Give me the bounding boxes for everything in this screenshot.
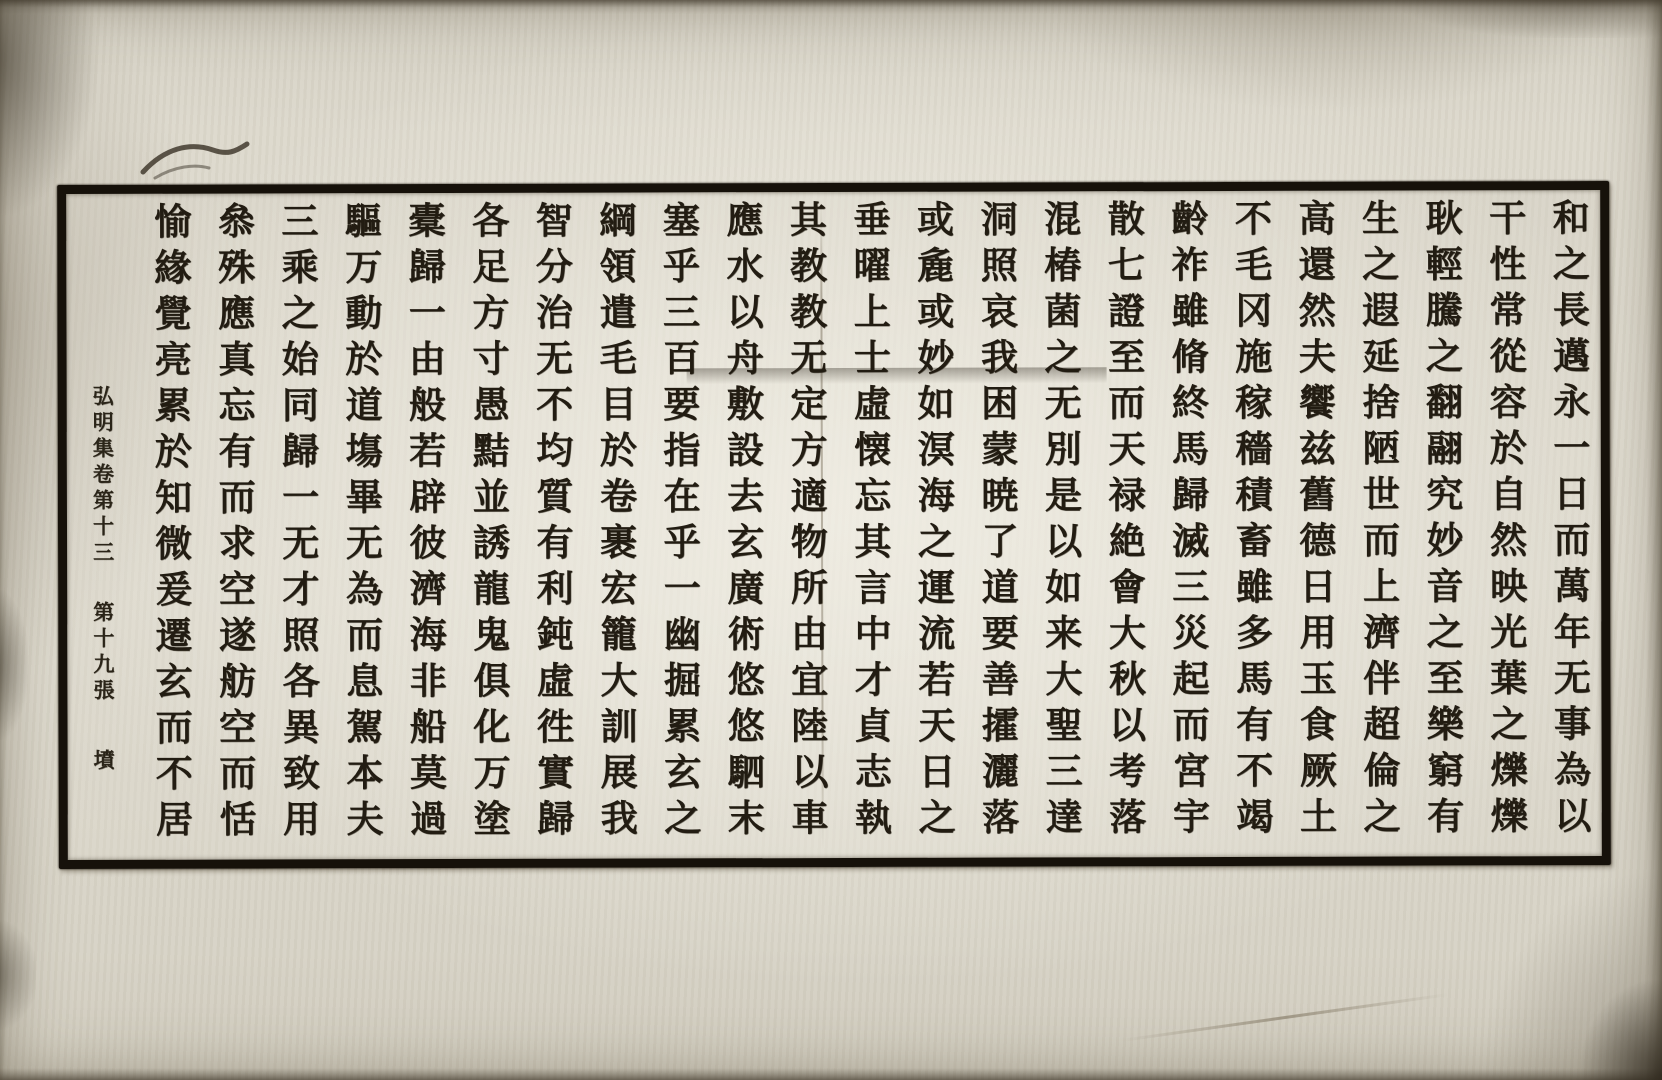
text-column-15: 塞乎三百要指在乎一幽掘累玄之 — [659, 197, 698, 853]
text-block-border-frame: 和之長邁永一日而萬年无事為以 干性常從容於自然映光葉之爍爍 耿輕騰之翻翮究妙音之… — [57, 181, 1611, 869]
ink-smudge-squiggle — [135, 128, 255, 188]
text-column-21: 三乘之始同歸一无才照各異致用 — [278, 198, 317, 854]
text-column-13: 其教教无定方適物所由宜陸以車 — [786, 197, 825, 853]
edge-smudge-left-lower — [0, 920, 36, 1030]
text-column-23: 愉緣覺亮累於知微爰遷玄而不居 — [151, 199, 190, 855]
text-column-17: 智分治无不均質有利鈍虛徃實歸 — [532, 198, 571, 854]
text-column-1: 和之長邁永一日而萬年无事為以 — [1549, 195, 1588, 851]
text-column-7: 齡祚雖脩終馬歸滅三災起而宮宇 — [1168, 196, 1207, 852]
text-column-2: 干性常從容於自然映光葉之爍爍 — [1486, 195, 1525, 851]
paper-crease-bottom-right — [1121, 993, 1448, 1042]
paper-bottom-edge — [0, 1068, 1662, 1080]
text-column-3: 耿輕騰之翻翮究妙音之至樂窮有 — [1422, 195, 1461, 851]
text-column-11: 或麁或妙如溟海之運流若天日之 — [913, 197, 952, 853]
sheet-number: 第十九張 — [93, 601, 114, 705]
text-column-14: 應水以舟敷設去玄廣術悠悠駟末 — [723, 197, 762, 853]
edge-smudge-left-upper — [0, 590, 28, 740]
text-column-20: 驅万動於道塲畢无為而息駕本夫 — [341, 198, 380, 854]
text-column-18: 各足方寸愚黠並誘龍鬼俱化万塗 — [469, 198, 508, 854]
text-column-4: 生之遐延捨陋世而上濟伴超倫之 — [1358, 196, 1397, 852]
text-column-12: 垂曜上士虛懐忘其言中才貞志執 — [850, 197, 889, 853]
text-column-19: 橐歸一由般若辟彼濟海非船莫過 — [405, 198, 444, 854]
text-column-5: 高還然夫饗兹舊德日用玉食厥土 — [1295, 196, 1334, 852]
character-mark: 墳 — [93, 749, 114, 775]
scanned-book-page: 和之長邁永一日而萬年无事為以 干性常從容於自然映光葉之爍爍 耿輕騰之翻翮究妙音之… — [0, 0, 1662, 1080]
text-column-10: 洞照哀我困蒙暁了道要善攉灑落 — [977, 197, 1016, 853]
text-column-9: 混椿菌之无別是以如来大聖三達 — [1041, 196, 1080, 852]
text-column-6: 不毛冈施稼穡積畜雖多馬有不竭 — [1231, 196, 1270, 852]
book-title: 弘明集卷第十三 — [92, 385, 113, 567]
text-column-8: 散七證至而天禄絶會大秋以考落 — [1104, 196, 1143, 852]
margin-label-column: 弘明集卷第十三 第十九張 墳 — [80, 199, 126, 855]
paper-top-edge — [0, 0, 1662, 14]
text-columns: 和之長邁永一日而萬年无事為以 干性常從容於自然映光葉之爍爍 耿輕騰之翻翮究妙音之… — [80, 195, 1588, 855]
paper-right-edge — [1646, 0, 1662, 1080]
text-column-16: 綱領遣毛目於卷裹宏籠大訓展我 — [596, 198, 635, 854]
text-column-22: 叅殊應真忘有而求空遂舫空而恬 — [214, 199, 253, 855]
